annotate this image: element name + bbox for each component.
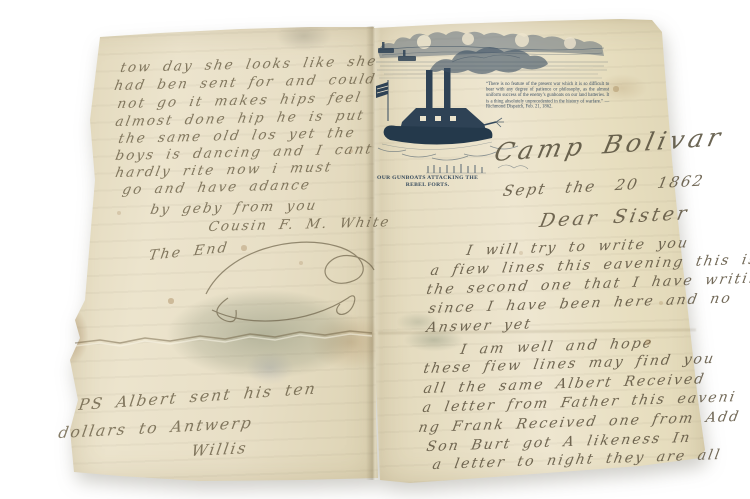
letter-photograph: “There is no feature of the present war … (0, 0, 750, 499)
handwritten-line: go and have adance (121, 177, 312, 198)
postscript-line: dollars to Antwerp (57, 414, 254, 442)
salutation: Dear Sister (538, 202, 692, 232)
postscript-signature: Willis (190, 439, 249, 460)
handwritten-line: by geby from you (149, 198, 319, 218)
postscript-line: PS Albert sent his ten (77, 380, 318, 414)
signature-flourish (198, 232, 383, 332)
handwriting-layer: tow day she looks like she had ben sent … (0, 0, 750, 499)
heading-date: Sept the 20 1862 (501, 172, 706, 200)
heading-place: Camp Bolivar (492, 122, 727, 167)
foxing-specks (0, 0, 2, 2)
handwritten-line: Answer yet (425, 316, 533, 336)
